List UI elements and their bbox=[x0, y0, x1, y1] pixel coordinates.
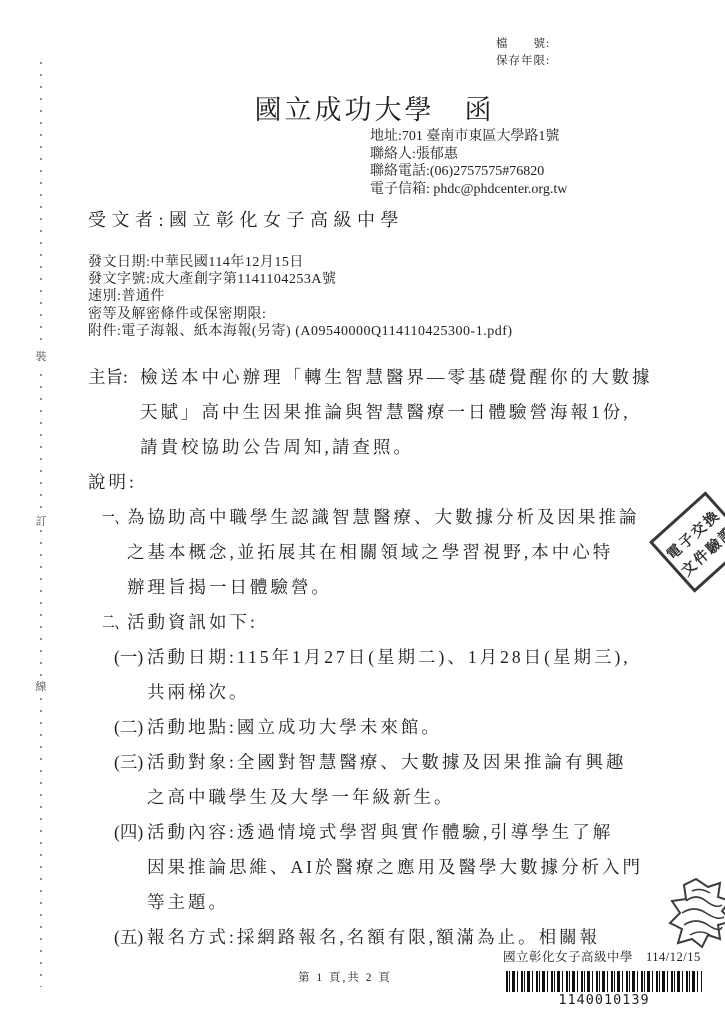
item-line: 之基本概念,並拓展其在相關領域之學習視野,本中心特 bbox=[127, 535, 698, 570]
document-page: 裝 訂 線 檔 號: 保存年限: 國立成功大學 函 地址:701 臺南市東區大學… bbox=[0, 0, 725, 1024]
subject-paragraph: 主旨: 檢送本中心辦理「轉生智慧醫界—零基礎覺醒你的大數據 天賦」高中生因果推論… bbox=[88, 360, 698, 465]
sub-item-line: 之高中職學生及大學一年級新生。 bbox=[147, 780, 698, 815]
sub-item-3: (三) 活動對象:全國對智慧醫療、大數據及因果推論有興趣 之高中職學生及大學一年… bbox=[88, 745, 698, 815]
sub-item-marker: (四) bbox=[114, 815, 143, 850]
item-marker: 一、 bbox=[102, 500, 127, 535]
item-line: 辦理旨揭一日體驗營。 bbox=[127, 570, 698, 605]
sub-item-line: 活動內容:透過情境式學習與實作體驗,引導學生了解 bbox=[147, 815, 698, 850]
sender-phone: 聯絡電話:(06)2757575#76820 bbox=[370, 163, 567, 181]
barcode-number: 1140010139 bbox=[506, 992, 702, 1008]
item-marker: 二、 bbox=[102, 605, 127, 640]
sub-item-marker: (五) bbox=[114, 920, 143, 955]
document-body: 主旨: 檢送本中心辦理「轉生智慧醫界—零基礎覺醒你的大數據 天賦」高中生因果推論… bbox=[88, 360, 698, 955]
explanation-label: 說明: bbox=[88, 465, 698, 500]
footer-school-date: 國立彰化女子高級中學 114/12/15 bbox=[503, 947, 701, 965]
sub-item-line: 因果推論思維、AI於醫療之應用及醫學大數據分析入門 bbox=[147, 850, 698, 885]
sub-item-marker: (三) bbox=[114, 745, 143, 780]
sub-item-line: 等主題。 bbox=[147, 885, 698, 920]
meta-doc-number: 發文字號:成大產創字第1141104253A號 bbox=[88, 271, 513, 288]
sender-info-block: 地址:701 臺南市東區大學路1號 聯絡人:張郁惠 聯絡電話:(06)27575… bbox=[370, 128, 567, 198]
subject-line: 請貴校協助公告周知,請查照。 bbox=[140, 430, 698, 465]
sub-item-line: 活動地點:國立成功大學未來館。 bbox=[147, 710, 698, 745]
sub-item-line: 活動日期:115年1月27日(星期二)、1月28日(星期三), bbox=[147, 640, 698, 675]
sub-item-line: 活動對象:全國對智慧醫療、大數據及因果推論有興趣 bbox=[147, 745, 698, 780]
file-labels: 檔 號: 保存年限: bbox=[496, 36, 550, 70]
sender-contact-person: 聯絡人:張郁惠 bbox=[370, 146, 567, 164]
document-title: 國立成功大學 函 bbox=[12, 88, 725, 127]
recipient-line: 受文者:國立彰化女子高級中學 bbox=[88, 206, 404, 232]
sub-item-4: (四) 活動內容:透過情境式學習與實作體驗,引導學生了解 因果推論思維、AI於醫… bbox=[88, 815, 698, 920]
explanation-item-1: 一、 為協助高中職學生認識智慧醫療、大數據分析及因果推論 之基本概念,並拓展其在… bbox=[88, 500, 698, 605]
binding-mark-xian: 線 bbox=[31, 680, 51, 695]
sender-email: 電子信箱: phdc@phdcenter.org.tw bbox=[370, 181, 567, 199]
binding-mark-zhuang: 裝 bbox=[31, 350, 51, 365]
sub-item-2: (二) 活動地點:國立成功大學未來館。 bbox=[88, 710, 698, 745]
sub-item-line: 共兩梯次。 bbox=[147, 675, 698, 710]
subject-line: 檢送本中心辦理「轉生智慧醫界—零基礎覺醒你的大數據 bbox=[140, 360, 698, 395]
page-number: 第 1 頁,共 2 頁 bbox=[245, 969, 445, 985]
retention-period-label: 保存年限: bbox=[496, 53, 550, 70]
meta-attachment: 附件:電子海報、紙本海報(另寄) (A09540000Q114110425300… bbox=[88, 323, 513, 340]
binding-mark-ding: 訂 bbox=[31, 515, 51, 530]
sub-item-marker: (一) bbox=[114, 640, 143, 675]
item-line: 為協助高中職學生認識智慧醫療、大數據分析及因果推論 bbox=[127, 500, 698, 535]
sub-item-1: (一) 活動日期:115年1月27日(星期二)、1月28日(星期三), 共兩梯次… bbox=[88, 640, 698, 710]
sender-address: 地址:701 臺南市東區大學路1號 bbox=[370, 128, 567, 146]
subject-line: 天賦」高中生因果推論與智慧醫療一日體驗營海報1份, bbox=[140, 395, 698, 430]
meta-issue-date: 發文日期:中華民國114年12月15日 bbox=[88, 254, 513, 271]
file-number-label: 檔 號: bbox=[496, 36, 550, 53]
barcode bbox=[506, 971, 702, 992]
meta-confidentiality: 密等及解密條件或保密期限: bbox=[88, 306, 513, 323]
official-seal-icon bbox=[666, 876, 725, 950]
sub-item-marker: (二) bbox=[114, 710, 143, 745]
item-line: 活動資訊如下: bbox=[127, 605, 698, 640]
explanation-item-2: 二、 活動資訊如下: bbox=[88, 605, 698, 640]
document-meta-block: 發文日期:中華民國114年12月15日 發文字號:成大產創字第114110425… bbox=[88, 254, 513, 340]
subject-label: 主旨: bbox=[88, 360, 128, 395]
meta-speed-class: 速別:普通件 bbox=[88, 288, 513, 305]
